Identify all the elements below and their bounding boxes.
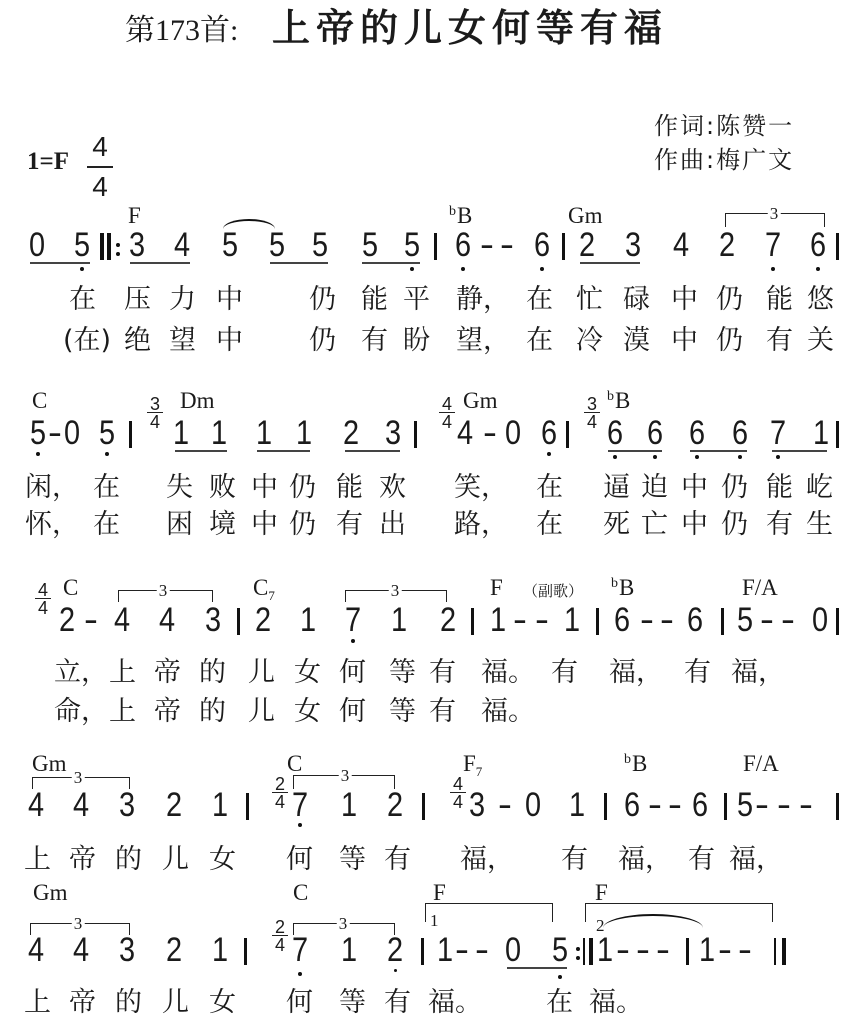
time-denominator: 4	[272, 793, 288, 809]
lyric-syllable: 女	[209, 987, 236, 1019]
note: 0	[29, 228, 45, 262]
barline	[724, 793, 727, 820]
note: 1	[341, 933, 357, 967]
time-signature-change: 24	[272, 920, 288, 952]
barline	[836, 793, 839, 820]
note: 1	[597, 933, 613, 967]
barline	[562, 233, 565, 260]
note: 2	[579, 228, 595, 262]
lyric-syllable: 福，	[729, 844, 783, 876]
chorus-label: （副歌）	[523, 582, 583, 600]
barline	[471, 608, 474, 635]
low-octave-dot	[351, 639, 355, 643]
time-numerator: 3	[584, 397, 600, 413]
lyric-syllable: 能	[361, 284, 388, 316]
note: 4	[159, 603, 175, 637]
lyric-syllable: 福，	[731, 657, 785, 689]
lyric-syllable: 平	[403, 284, 430, 316]
lyric-syllable: 能	[336, 472, 363, 504]
sustain-dash: -	[738, 933, 752, 967]
note: 5	[737, 603, 753, 637]
note: 4	[457, 416, 473, 450]
note: 1	[211, 416, 227, 450]
lyric-syllable: 亡	[641, 509, 668, 541]
lyric-syllable: 望	[169, 325, 196, 357]
lyric-syllable: 在	[93, 509, 120, 541]
lyric-syllable: 儿	[162, 987, 189, 1019]
triplet-label: 3	[72, 915, 85, 932]
note: 2	[440, 603, 456, 637]
chord-symbol: F	[595, 881, 608, 904]
eighth-beam	[507, 967, 567, 969]
lyric-syllable: 力	[169, 284, 196, 316]
chord-root: F	[463, 751, 476, 776]
note: 1	[341, 788, 357, 822]
time-numerator: 4	[87, 136, 113, 168]
barline	[421, 938, 424, 965]
lyric-syllable: 何	[286, 844, 313, 876]
lyric-syllable: (在)	[63, 325, 111, 357]
chord-symbol: bB	[607, 389, 630, 416]
lyric-syllable: 女	[209, 844, 236, 876]
triplet-label: 3	[72, 769, 85, 786]
time-denominator: 4	[35, 599, 51, 615]
note: 0	[505, 416, 521, 450]
note: 3	[469, 788, 485, 822]
flat-sign: b	[624, 752, 631, 767]
system-4: Gm C F7 bB F/A 24 44 4 4 3 2 1 7 1 2 3 -…	[0, 788, 854, 822]
repeat-dot	[576, 956, 580, 960]
low-octave-dot	[776, 455, 780, 459]
note: 2	[255, 603, 271, 637]
chord-symbol: bB	[611, 576, 634, 603]
note: 3	[205, 603, 221, 637]
sustain-dash: -	[760, 603, 774, 637]
time-signature-change: 44	[35, 583, 51, 615]
note: 1	[296, 416, 312, 450]
low-octave-dot	[613, 455, 617, 459]
sustain-dash: -	[656, 933, 670, 967]
note: 4	[73, 788, 89, 822]
lyric-syllable: 漠	[623, 325, 650, 357]
eighth-beam	[608, 450, 662, 452]
low-octave-dot	[771, 267, 775, 271]
flat-sign: b	[449, 204, 456, 219]
chord-root: C	[253, 575, 268, 600]
lyric-syllable: 何	[286, 987, 313, 1019]
lyric-syllable: 冷	[576, 325, 603, 357]
sustain-dash: -	[48, 416, 62, 450]
sustain-dash: -	[513, 603, 527, 637]
note: 7	[292, 788, 308, 822]
lyric-syllable: 在	[526, 325, 553, 357]
lyric-syllable: 中	[681, 509, 708, 541]
note: 5	[99, 416, 115, 450]
lyric-syllable: 等	[389, 696, 416, 728]
low-octave-dot	[410, 267, 414, 271]
lyric-syllable: 压	[124, 284, 151, 316]
chord-symbol: C7	[253, 576, 275, 602]
repeat-dot	[116, 243, 120, 247]
chord-extension: 7	[476, 764, 483, 779]
chord-symbol: F7	[463, 752, 482, 778]
lyric-syllable: 上	[24, 987, 51, 1019]
lyric-syllable: 中	[671, 284, 698, 316]
time-numerator: 2	[272, 920, 288, 936]
note: 1	[212, 788, 228, 822]
barline	[434, 233, 437, 260]
note: 6	[614, 603, 630, 637]
sustain-dash: -	[616, 933, 630, 967]
lyric-syllable: 望，	[456, 325, 510, 357]
time-denominator: 4	[272, 936, 288, 952]
lyric-line-verse1: 在 压 力 中 仍 能 平 静， 在 忙 碌 中 仍 能 悠	[0, 284, 854, 316]
sustain-dash: -	[498, 788, 512, 822]
eighth-beam	[30, 262, 90, 264]
chord-symbol: F/A	[743, 752, 779, 775]
lyric-line: 上 帝 的 儿 女 何 等 有 福， 有 福， 有 福，	[0, 844, 854, 876]
lyric-syllable: 在	[93, 472, 120, 504]
sustain-dash: -	[718, 933, 732, 967]
note: 4	[174, 228, 190, 262]
barline	[836, 233, 839, 260]
eighth-beam	[175, 450, 227, 452]
lyricist-credit: 作词:陈赞一	[654, 111, 794, 141]
chord-symbol: C	[63, 576, 78, 599]
barline	[836, 608, 839, 635]
lyric-syllable: 中	[216, 325, 243, 357]
barline	[566, 421, 569, 448]
lyric-syllable: 在	[546, 987, 573, 1019]
lyric-line-verse2: (在) 绝 望 中 仍 有 盼 望， 在 冷 漠 中 仍 有 关	[0, 325, 854, 357]
lyric-syllable: 仍	[289, 509, 316, 541]
sustain-dash: -	[636, 933, 650, 967]
system-1: F bB Gm 0 5 3 4 5 5 5 5 5 6 - - 6 2 3 4 …	[0, 228, 854, 262]
note: 1	[437, 933, 453, 967]
lyric-syllable: 仍	[309, 284, 336, 316]
time-numerator: 3	[147, 397, 163, 413]
lyric-syllable: 仍	[721, 509, 748, 541]
chord-root: B	[632, 751, 647, 776]
lyric-syllable: 等	[339, 987, 366, 1019]
low-octave-dot	[816, 267, 820, 271]
note: 6	[810, 228, 826, 262]
note: 4	[114, 603, 130, 637]
low-octave-dot	[558, 975, 562, 979]
time-signature-change: 44	[450, 777, 466, 809]
note: 5	[30, 416, 46, 450]
triplet-label: 3	[339, 767, 352, 784]
low-octave-dot	[36, 452, 40, 456]
lyric-syllable: 逼	[603, 472, 630, 504]
chord-symbol: C	[293, 881, 308, 904]
key-signature: 1=F	[27, 149, 69, 174]
chord-root: B	[619, 575, 634, 600]
note: 0	[64, 416, 80, 450]
sustain-dash: -	[777, 788, 791, 822]
note: 6	[624, 788, 640, 822]
lyric-syllable: 有	[766, 509, 793, 541]
note: 0	[525, 788, 541, 822]
lyric-syllable: 中	[251, 509, 278, 541]
lyric-syllable: 能	[766, 472, 793, 504]
sustain-dash: -	[475, 933, 489, 967]
note: 6	[692, 788, 708, 822]
time-signature: 4 4	[87, 136, 113, 198]
note: 6	[647, 416, 663, 450]
time-signature-change: 34	[147, 397, 163, 429]
lyric-syllable: 关	[807, 325, 834, 357]
lyric-syllable: 有	[361, 325, 388, 357]
lyric-syllable: 迫	[641, 472, 668, 504]
lyric-syllable: 福，	[460, 844, 514, 876]
lyric-syllable: 在	[526, 284, 553, 316]
note: 3	[119, 788, 135, 822]
note: 5	[362, 228, 378, 262]
low-octave-dot	[80, 267, 84, 271]
lyric-syllable: 欢	[379, 472, 406, 504]
song-title: 上帝的儿女何等有福	[272, 6, 668, 50]
note: 2	[387, 933, 403, 967]
lyric-syllable: 碌	[623, 284, 650, 316]
note: 2	[59, 603, 75, 637]
lyric-line: 上 帝 的 儿 女 何 等 有 福。 在 福。	[0, 987, 854, 1019]
note: 5	[74, 228, 90, 262]
lyric-syllable: 能	[766, 284, 793, 316]
composer-credit: 作曲:梅广文	[654, 145, 794, 175]
note: 0	[812, 603, 828, 637]
system-2: C Dm Gm bB 34 44 34 5 - 0 5 1 1 1 1 2 3 …	[0, 416, 854, 450]
lyric-syllable: 命，	[54, 696, 108, 728]
time-denominator: 4	[450, 793, 466, 809]
note: 3	[119, 933, 135, 967]
lyric-syllable: 生	[806, 509, 833, 541]
lyric-syllable: 困	[166, 509, 193, 541]
note: 6	[732, 416, 748, 450]
sustain-dash: -	[483, 416, 497, 450]
lyric-syllable: 失	[166, 472, 193, 504]
lyric-syllable: 何	[339, 657, 366, 689]
note: 5	[404, 228, 420, 262]
lyric-syllable: 福。	[481, 696, 535, 728]
system-5: Gm C F F 24 1 2 4 4 3 2 1 7 1 2 1 - - 0 …	[0, 933, 854, 967]
low-octave-dot	[298, 972, 302, 976]
chord-symbol: Gm	[568, 204, 603, 227]
lyric-syllable: 怀，	[25, 509, 79, 541]
score-page: 第173首: 上帝的儿女何等有福 作词:陈赞一 作曲:梅广文 1=F 4 4 F…	[0, 0, 854, 1024]
barline	[686, 938, 689, 965]
note: 3	[129, 228, 145, 262]
lyric-syllable: 有	[384, 844, 411, 876]
volta-label: 1	[430, 912, 439, 929]
note: 6	[534, 228, 550, 262]
final-barline	[782, 938, 786, 965]
lyric-syllable: 等	[339, 844, 366, 876]
time-signature-change: 24	[272, 777, 288, 809]
lyric-syllable: 败	[209, 472, 236, 504]
eighth-beam	[130, 262, 190, 264]
note: 0	[505, 933, 521, 967]
sustain-dash: -	[660, 603, 674, 637]
repeat-dot	[116, 252, 120, 256]
sustain-dash: -	[668, 788, 682, 822]
final-barline	[774, 938, 776, 965]
note: 4	[28, 788, 44, 822]
lyric-syllable: 出	[379, 509, 406, 541]
chord-symbol: F	[433, 881, 446, 904]
lyric-syllable: 中	[681, 472, 708, 504]
system-3: C C7 F （副歌） bB F/A 44 2 - 4 4 3 2 1 7 1 …	[0, 603, 854, 637]
chord-symbol: Dm	[180, 389, 215, 412]
note: 4	[28, 933, 44, 967]
lyric-syllable: 福。	[428, 987, 482, 1019]
note: 2	[719, 228, 735, 262]
lyric-syllable: 有	[684, 657, 711, 689]
note: 1	[173, 416, 189, 450]
time-signature-change: 34	[584, 397, 600, 429]
song-number: 第173首:	[125, 14, 238, 48]
lyric-syllable: 儿	[162, 844, 189, 876]
lyric-syllable: 有	[551, 657, 578, 689]
repeat-end-barline	[589, 938, 593, 965]
lyric-syllable: 有	[766, 325, 793, 357]
triplet-label: 3	[337, 915, 350, 932]
sustain-dash: -	[84, 603, 98, 637]
lyric-syllable: 的	[199, 696, 226, 728]
barline	[237, 608, 240, 635]
repeat-start-barline	[107, 233, 111, 260]
lyric-syllable: 何	[339, 696, 366, 728]
chord-symbol: F	[490, 576, 503, 599]
lyric-syllable: 仍	[289, 472, 316, 504]
time-denominator: 4	[147, 413, 163, 429]
eighth-beam	[257, 450, 310, 452]
lyric-syllable: 女	[294, 657, 321, 689]
chord-root: B	[615, 388, 630, 413]
note: 3	[385, 416, 401, 450]
eighth-beam	[270, 262, 328, 264]
chord-symbol: C	[287, 752, 302, 775]
barline	[129, 421, 132, 448]
low-octave-dot	[298, 823, 302, 827]
lyric-syllable: 帝	[69, 987, 96, 1019]
lyric-syllable: 福，	[609, 657, 663, 689]
lyric-syllable: 仍	[716, 284, 743, 316]
lyric-line-verse2: 怀， 在 困 境 中 仍 有 出 路， 在 死 亡 中 仍 有 生	[0, 509, 854, 541]
lyric-syllable: 的	[115, 987, 142, 1019]
lyric-syllable: 在	[536, 472, 563, 504]
lyric-syllable: 帝	[69, 844, 96, 876]
triplet-label: 3	[157, 582, 170, 599]
lyric-syllable: 有	[429, 657, 456, 689]
note: 1	[256, 416, 272, 450]
lyric-syllable: 福。	[589, 987, 643, 1019]
chord-symbol: Gm	[32, 752, 67, 775]
lyric-syllable: 中	[251, 472, 278, 504]
note: 2	[166, 933, 182, 967]
note: 4	[73, 933, 89, 967]
chord-symbol: C	[32, 389, 47, 412]
lyric-syllable: 在	[69, 284, 96, 316]
flat-sign: b	[607, 389, 614, 404]
eighth-beam	[772, 450, 827, 452]
lyric-syllable: 盼	[403, 325, 430, 357]
lyric-syllable: 上	[109, 657, 136, 689]
lyric-syllable: 上	[109, 696, 136, 728]
time-numerator: 4	[450, 777, 466, 793]
lyric-syllable: 上	[24, 844, 51, 876]
lyric-syllable: 立，	[54, 657, 108, 689]
lyric-syllable: 女	[294, 696, 321, 728]
lyric-syllable: 悠	[807, 284, 834, 316]
note: 6	[541, 416, 557, 450]
sustain-dash: -	[640, 603, 654, 637]
sustain-dash: -	[755, 788, 769, 822]
time-denominator: 4	[439, 413, 455, 429]
repeat-dot	[576, 947, 580, 951]
barline	[604, 793, 607, 820]
sustain-dash: -	[455, 933, 469, 967]
barline	[422, 793, 425, 820]
lyric-line-verse1: 闲， 在 失 败 中 仍 能 欢 笑， 在 逼 迫 中 仍 能 屹	[0, 472, 854, 504]
lyric-syllable: 中	[216, 284, 243, 316]
chord-symbol: bB	[624, 752, 647, 779]
barline	[721, 608, 724, 635]
time-numerator: 4	[35, 583, 51, 599]
note: 3	[625, 228, 641, 262]
lyric-syllable: 的	[115, 844, 142, 876]
tie-arc	[223, 219, 275, 229]
eighth-beam	[345, 450, 400, 452]
low-octave-dot	[695, 455, 699, 459]
chord-symbol: F	[128, 204, 141, 227]
lyric-syllable: 静，	[456, 284, 510, 316]
chord-symbol: Gm	[463, 389, 498, 412]
lyric-syllable: 绝	[124, 325, 151, 357]
lyric-syllable: 仍	[721, 472, 748, 504]
lyric-syllable: 等	[389, 657, 416, 689]
low-octave-dot	[738, 455, 742, 459]
note: 1	[490, 603, 506, 637]
lyric-syllable: 福，	[618, 844, 672, 876]
barline	[246, 793, 249, 820]
note: 1	[564, 603, 580, 637]
lyric-syllable: 屹	[806, 472, 833, 504]
sustain-dash: -	[781, 603, 795, 637]
sustain-dash: -	[648, 788, 662, 822]
lyric-syllable: 忙	[576, 284, 603, 316]
note: 1	[699, 933, 715, 967]
eighth-beam	[362, 262, 420, 264]
flat-sign: b	[611, 576, 618, 591]
note: 7	[770, 416, 786, 450]
low-octave-dot	[540, 267, 544, 271]
lyric-syllable: 仍	[309, 325, 336, 357]
note: 5	[552, 933, 568, 967]
note: 1	[569, 788, 585, 822]
time-signature-change: 44	[439, 397, 455, 429]
lyric-syllable: 中	[671, 325, 698, 357]
lyric-syllable: 仍	[716, 325, 743, 357]
lyric-syllable: 帝	[154, 696, 181, 728]
lyric-syllable: 的	[199, 657, 226, 689]
note: 7	[765, 228, 781, 262]
note: 7	[292, 933, 308, 967]
repeat-end-barline	[583, 938, 585, 965]
lyric-syllable: 路，	[454, 509, 508, 541]
note: 5	[222, 228, 238, 262]
note: 5	[312, 228, 328, 262]
